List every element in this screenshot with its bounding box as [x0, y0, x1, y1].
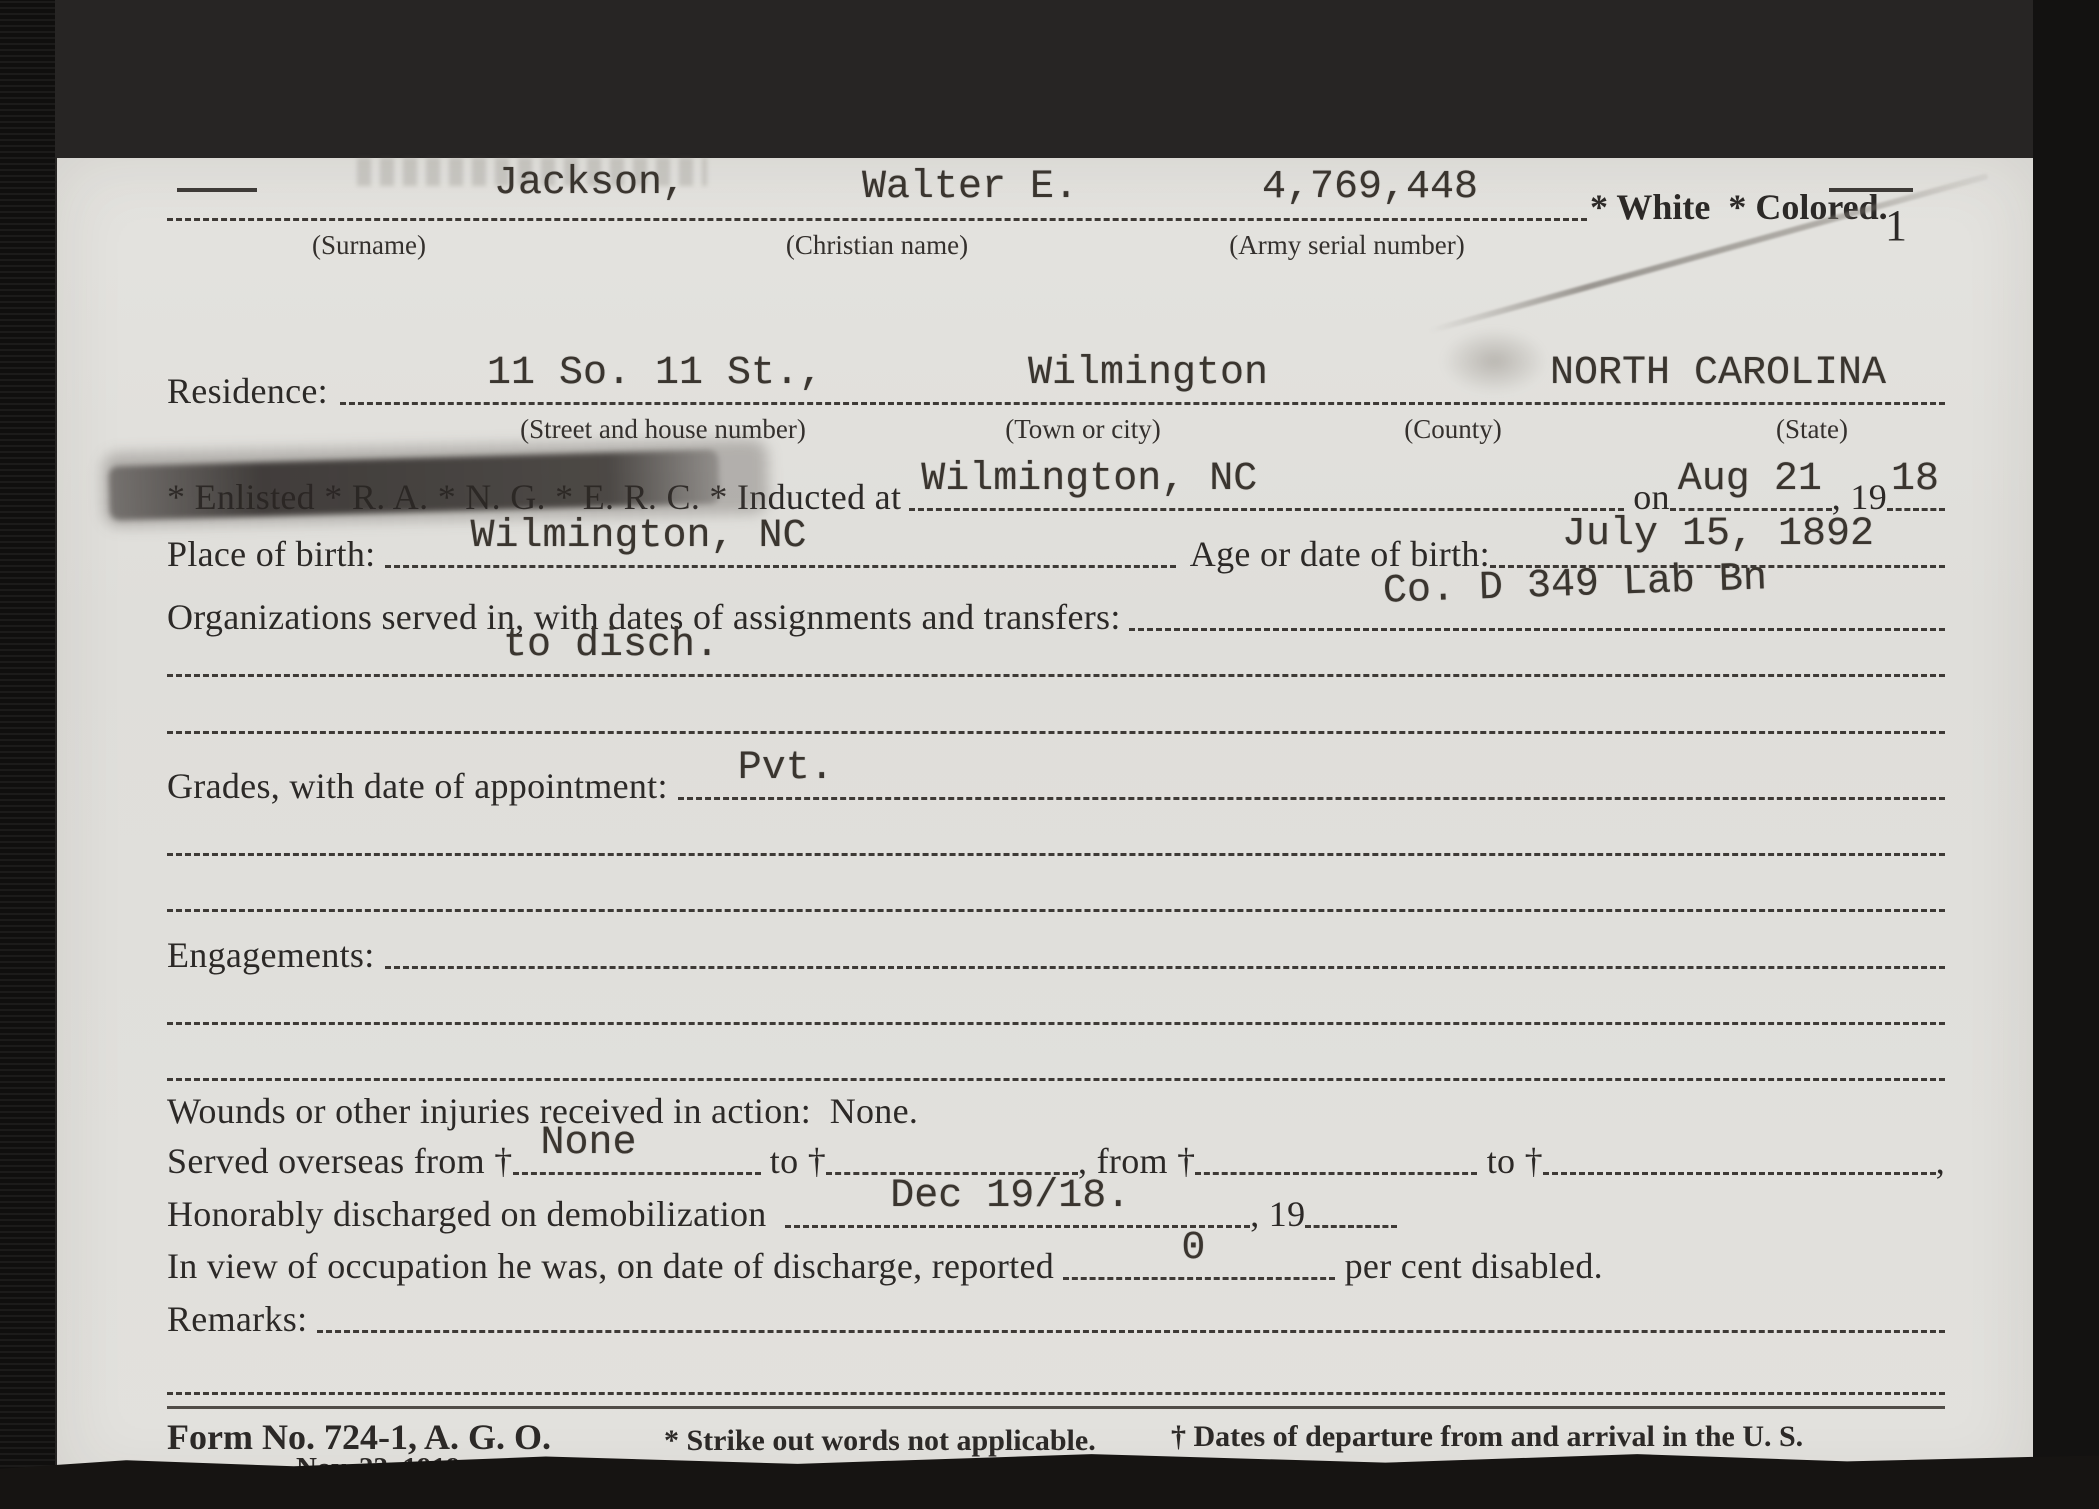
- street-value: 11 So. 11 St.,: [487, 354, 823, 394]
- induction-year-blank: 18: [1887, 496, 1945, 511]
- page-number: 1: [1885, 200, 1907, 251]
- induction-year-value: 18: [1891, 460, 1939, 500]
- induction-date-value: Aug 21: [1678, 460, 1822, 500]
- army-serial-number-value: 4,769,448: [1262, 168, 1478, 208]
- ruled-line: [167, 731, 1945, 734]
- place-of-birth-blank: Wilmington, NC: [385, 553, 1175, 568]
- county-label: (County): [1404, 414, 1502, 445]
- state-label: (State): [1776, 414, 1848, 445]
- place-of-birth-value: Wilmington, NC: [470, 517, 806, 557]
- induction-place-blank: Wilmington, NC: [909, 496, 1624, 511]
- engagements-label: Engagements:: [167, 936, 375, 975]
- state-value: NORTH CAROLINA: [1550, 354, 1886, 394]
- residence-row: Residence: 11 So. 11 St., Wilmington NOR…: [167, 347, 1945, 405]
- place-of-birth-label: Place of birth:: [167, 535, 375, 574]
- ruled-line: [167, 1392, 1945, 1395]
- organizations-continuation-row: to disch.: [167, 619, 1945, 677]
- discharge-row: Honorably discharged on demobilization D…: [167, 1170, 1945, 1228]
- remarks-row: Remarks:: [167, 1275, 1945, 1333]
- service-record-card: 1 Jackson, Walter E. 4,769,448 * White *…: [57, 158, 2033, 1490]
- organizations-value-line2: to disch.: [503, 626, 719, 666]
- grades-value: Pvt.: [738, 749, 834, 789]
- grades-label: Grades, with date of appointment:: [167, 767, 668, 806]
- residence-blank-line: 11 So. 11 St., Wilmington NORTH CAROLINA: [340, 390, 1945, 405]
- name-ruled-line: [167, 218, 1587, 221]
- film-edge-left: [0, 0, 55, 1509]
- grades-blank: Pvt.: [678, 785, 1945, 800]
- strike-out-note: * Strike out words not applicable.: [664, 1424, 1096, 1458]
- disability-row: In view of occupation he was, on date of…: [167, 1222, 1945, 1280]
- ruled-line: [167, 853, 1945, 856]
- race-options-text: * White * Colored.: [1590, 186, 1888, 228]
- surname-value: Jackson,: [494, 164, 686, 204]
- dagger-note: † Dates of departure from and arrival in…: [1171, 1420, 1803, 1454]
- residence-label: Residence:: [167, 372, 328, 411]
- remarks-blank: [317, 1318, 1945, 1333]
- christian-name-value: Walter E.: [862, 168, 1078, 208]
- overseas-row: Served overseas from † None to † , from …: [167, 1117, 1945, 1175]
- induction-date-blank: Aug 21: [1670, 496, 1832, 511]
- scanned-document: 1 Jackson, Walter E. 4,769,448 * White *…: [0, 0, 2099, 1509]
- induction-place-value: Wilmington, NC: [921, 460, 1257, 500]
- town-label: (Town or city): [1005, 414, 1161, 445]
- remarks-label: Remarks:: [167, 1300, 317, 1339]
- christian-name-label: (Christian name): [786, 230, 968, 261]
- ruled-line: [167, 1078, 1945, 1081]
- disability-value: 0: [1181, 1229, 1205, 1269]
- town-value: Wilmington: [1028, 354, 1268, 394]
- engagements-blank: [385, 954, 1945, 969]
- serial-number-label: (Army serial number): [1229, 230, 1464, 261]
- footer-separator-line: [167, 1406, 1945, 1409]
- ruled-line: [167, 1022, 1945, 1025]
- film-edge-right: [2033, 0, 2099, 1509]
- surname-label: (Surname): [312, 230, 426, 261]
- top-left-rule-mark: [177, 188, 257, 192]
- grades-row: Grades, with date of appointment: Pvt.: [167, 742, 1945, 800]
- organizations-continuation-blank: to disch.: [167, 662, 1945, 677]
- overseas-from1-value: None: [541, 1124, 637, 1164]
- age-or-birthdate-value: July 15, 1892: [1562, 515, 1874, 555]
- engagements-row: Engagements:: [167, 911, 1945, 969]
- pencil-smudge-mark: [1442, 328, 1547, 394]
- discharge-date-value: Dec 19/18.: [890, 1177, 1130, 1217]
